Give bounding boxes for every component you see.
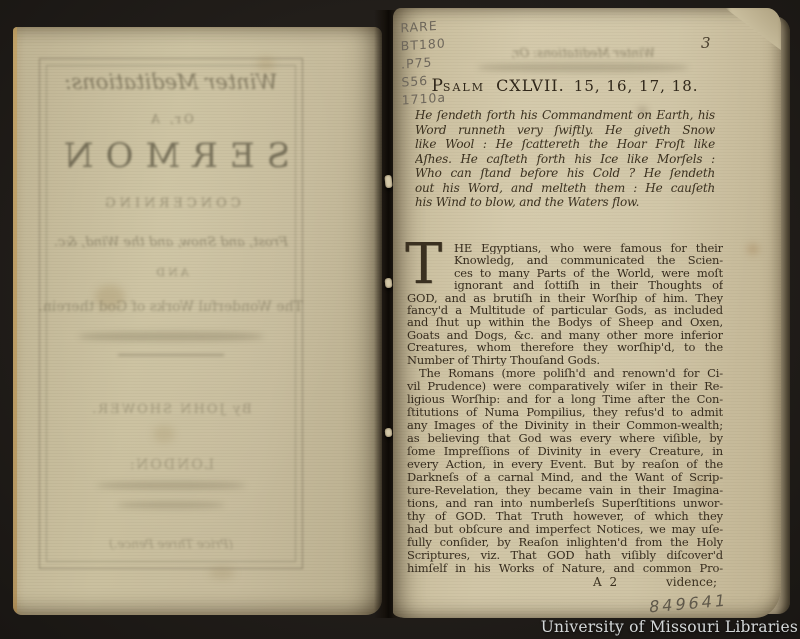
binding-stitch (384, 175, 392, 189)
paragraph-line: and ſhut up within the Bodys of Sheep an… (407, 316, 723, 328)
accession-number-handwritten: 849641 (648, 590, 729, 616)
paragraph-line: ligious Worſhip: and for a long Time aft… (407, 393, 723, 406)
verso-showthrough-header: Winter Meditations: Or, (511, 46, 655, 60)
paragraph-line: Goats and Dogs, &c. and many other more … (407, 329, 723, 341)
signature-mark: A 2 (593, 575, 619, 589)
left-page: Winter Meditations: Or, A SERMON CONCERN… (13, 27, 382, 615)
scripture-line: out his Word, and melteth them : He cauſ… (415, 181, 715, 196)
title-page-showthrough: Winter Meditations: Or, A SERMON CONCERN… (39, 58, 303, 569)
showthrough-subject: Frost, and Snow, and the Wind, &c. (39, 235, 303, 250)
psalm-heading: Psalm CXLVII. 15, 16, 17, 18. (407, 76, 723, 96)
paragraph-line: as believing that God was every where vi… (407, 432, 723, 445)
scripture-line: Who can ſtand before his Cold ? He ſende… (415, 166, 715, 181)
body-paragraph-2: The Romans (more poliſh'd and renown'd f… (407, 367, 723, 575)
paragraph-line: GOD, and as brutiſh in their Worſhip of … (407, 292, 723, 304)
paragraph-line: ture-Revelation, they became vain in the… (407, 484, 723, 497)
paragraph-line: HE Egyptians, who were famous for their (407, 242, 723, 254)
paragraph-line: ſtitutions of Numa Pompilius, they refus… (407, 406, 723, 419)
binding-stitch (385, 428, 393, 438)
paragraph-line: ces to many Parts of the World, were moſ… (407, 267, 723, 279)
paper-stain (747, 244, 759, 254)
showthrough-main-title: SERMON (39, 136, 303, 176)
paragraph-line: The Romans (more poliſh'd and renown'd f… (407, 367, 723, 380)
right-page: RAREBT180.P75S561710a 3 Winter Meditatio… (393, 8, 781, 618)
paragraph-line: himſelf in his Works of Nature, and comm… (407, 562, 723, 575)
paragraph-line: Number of Thirty Thouſand Gods. (407, 354, 723, 366)
showthrough-series-title: Winter Meditations: (39, 70, 303, 94)
scripture-line: He ſendeth forth his Commandment on Eart… (415, 108, 715, 123)
paragraph-line: Scriptures, viz. That GOD hath viſibly d… (407, 549, 723, 562)
paragraph-line: Darkneſs of a carnal Mind, and the Want … (407, 471, 723, 484)
psalm-numerals: CXLVII. (496, 76, 565, 95)
showthrough-and: AND (39, 266, 303, 279)
showthrough-concerning: CONCERNING (39, 196, 303, 211)
scripture-line: Word runneth very ſwiftly. He giveth Sno… (415, 123, 715, 138)
body-paragraph-1: HE Egyptians, who were famous for theirK… (407, 242, 723, 366)
binding-stitch (384, 278, 392, 289)
paragraph-line: Knowledg, and communicated the Scien- (407, 254, 723, 266)
paragraph-line: thy of GOD. That Truth however, of which… (407, 510, 723, 523)
paragraph-line: every Action, in every Event. But by rea… (407, 458, 723, 471)
showthrough-smudge (97, 482, 245, 489)
paragraph-line: tions, and ran into numberleſs Superſtit… (407, 497, 723, 510)
scripture-line: Aſhes. He caſteth forth his Ice like Mor… (415, 152, 715, 167)
paragraph-line: ignorant and ſottiſh in their Thoughts o… (407, 279, 723, 291)
verso-showthrough: Winter Meditations: Or, (448, 46, 718, 72)
scripture-line: like Wool : He ſcattereth the Hoar Froſt… (415, 137, 715, 152)
call-number-line: BT180 (401, 34, 446, 55)
scripture-quote: He ſendeth forth his Commandment on Eart… (415, 108, 715, 210)
paragraph-line: fully conſider, by Reaſon inlighten'd fr… (407, 536, 723, 549)
scripture-line: his Wind to blow, and the Waters flow. (415, 195, 715, 210)
page-footer: A 2 vidence; (407, 575, 723, 591)
library-watermark: University of Missouri Libraries (541, 618, 798, 636)
paragraph-line: ſome Impreſſions of Divinity in every Cr… (407, 445, 723, 458)
showthrough-price: (Price Three Pence.) (39, 537, 303, 551)
showthrough-smudge (478, 63, 689, 72)
paragraph-line: any Images of the Divinity in their Comm… (407, 419, 723, 432)
showthrough-smudge (118, 502, 224, 508)
paragraph-line: fancy'd a Multitude of particular Gods, … (407, 304, 723, 316)
paragraph-line: Creatures, whom therefore they worſhip'd… (407, 341, 723, 353)
psalm-verses: 15, 16, 17, 18. (574, 77, 699, 95)
paragraph-line: had but obſcure and imperfect Notices, w… (407, 523, 723, 536)
catchword: vidence; (666, 575, 717, 589)
showthrough-imprint-city: LONDON: (39, 457, 303, 473)
corner-fold (725, 8, 781, 56)
showthrough-or-a: Or, A (39, 112, 303, 126)
paragraph-line: vil Prudence) were comparatively wiſer i… (407, 380, 723, 393)
showthrough-rule (118, 354, 224, 356)
showthrough-subtitle: The Wonderful Works of God therein. (39, 299, 303, 315)
showthrough-smudge (79, 332, 264, 341)
psalm-word-initial: P (431, 76, 442, 96)
showthrough-author: By JOHN SHOWER. (39, 402, 303, 417)
left-page-deckle-edge (13, 27, 17, 615)
psalm-word-rest: salm (443, 77, 485, 95)
book-photograph: Winter Meditations: Or, A SERMON CONCERN… (0, 0, 800, 639)
